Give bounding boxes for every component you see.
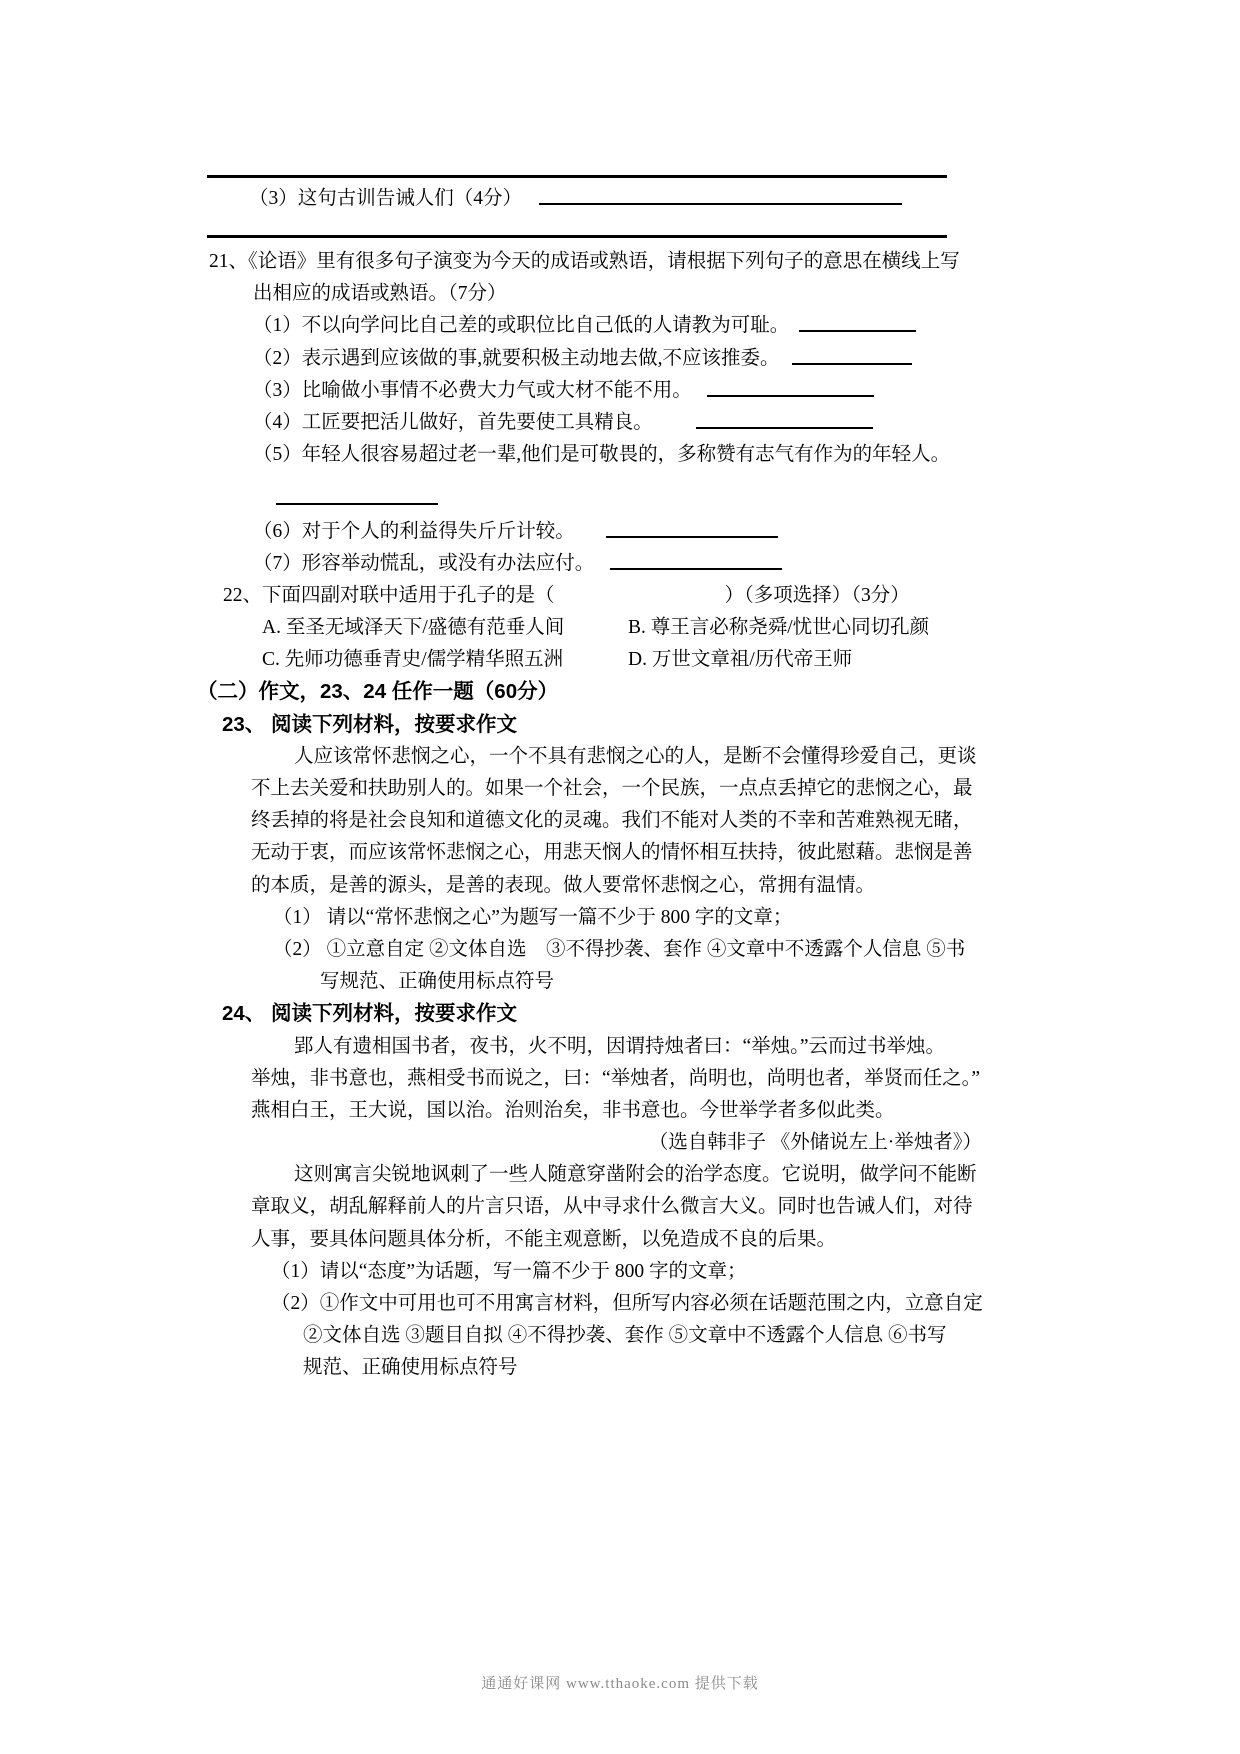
- answer-blank-line: [792, 348, 912, 365]
- answer-blank-line: [276, 488, 438, 505]
- material-text: 举烛，非书意也，燕相受书而说之，曰：“举烛者，尚明也，尚明也者，举贤而任之。”: [251, 1068, 980, 1089]
- requirement-text: 写规范、正确使用标点符号: [320, 971, 554, 992]
- question-22-options-row-1: A. 至圣无域泽天下/盛德有范垂人间B. 尊王言必称尧舜/忧世心同切孔颜: [207, 612, 982, 644]
- answer-gap: [555, 600, 725, 601]
- answer-blank-line: [606, 521, 778, 538]
- question-24-material-line-1: 郢人有遗相国书者，夜书，火不明，因谓持烛者曰：“举烛。”云而过书举烛。: [207, 1031, 982, 1063]
- item-6-text: （6）对于个人的利益得失斤斤计较。: [253, 521, 575, 542]
- question-20-part3-row: （3）这句古训告诫人们（4分）: [207, 178, 982, 222]
- question-24-heading: 24、 阅读下列材料，按要求作文: [207, 998, 982, 1030]
- analysis-text: 这则寓言尖锐地讽刺了一些人随意穿凿附会的治学态度。它说明，做学问不能断: [294, 1164, 977, 1185]
- question-24-material-line-3: 燕相白王，王大说，国以治。治则治矣，非书意也。今世举学者多似此类。: [207, 1095, 982, 1127]
- requirement-text: ②文体自选 ③题目自拟 ④不得抄袭、套作 ⑤文章中不透露个人信息 ⑥书写: [303, 1325, 947, 1346]
- material-text: 郢人有遗相国书者，夜书，火不明，因谓持烛者曰：“举烛。”云而过书举烛。: [294, 1036, 945, 1057]
- question-21-item-5: （5）年轻人很容易超过老一辈,他们是可敬畏的，多称赞有志气有作为的年轻人。: [207, 439, 982, 471]
- question-21-item-6: （6）对于个人的利益得失斤斤计较。: [207, 516, 982, 548]
- question-23-requirement-2: （2） ①立意自定 ②文体自选 ③不得抄袭、套作 ④文章中不透露个人信息 ⑤书: [207, 934, 982, 966]
- question-22-stem-tail: ）（多项选择）（3分）: [725, 585, 910, 606]
- source-text: （选自韩非子 《外储说左上·举烛者》）: [649, 1132, 982, 1153]
- question-24-requirement-2-cont1: ②文体自选 ③题目自拟 ④不得抄袭、套作 ⑤文章中不透露个人信息 ⑥书写: [207, 1320, 982, 1352]
- analysis-text: 章取义，胡乱解释前人的片言只语，从中寻求什么微言大义。同时也告诫人们，对待: [251, 1196, 973, 1217]
- question-23-heading-text: 23、 阅读下列材料，按要求作文: [222, 713, 517, 736]
- question-22-stem-prefix: 22、下面四副对联中适用于孔子的是（: [223, 585, 555, 606]
- question-20-part3-text: （3）这句古训告诫人们（4分）: [249, 188, 522, 209]
- question-21-stem-line2: 出相应的成语或熟语。（7分）: [207, 278, 982, 310]
- material-text: 无动于衷，而应该常怀悲悯之心，用悲天悯人的情怀相互扶持，彼此慰藉。悲悯是善: [251, 842, 973, 863]
- item-2-text: （2）表示遇到应该做的事,就要积极主动地去做,不应该推委。: [253, 348, 780, 369]
- question-21-stem-text2: 出相应的成语或熟语。（7分）: [253, 283, 507, 304]
- question-21-item-5-answer-row: [207, 483, 982, 515]
- question-24-analysis-line-1: 这则寓言尖锐地讽刺了一些人随意穿凿附会的治学态度。它说明，做学问不能断: [207, 1159, 982, 1191]
- option-a: A. 至圣无域泽天下/盛德有范垂人间: [262, 612, 628, 644]
- question-24-heading-text: 24、 阅读下列材料，按要求作文: [222, 1002, 517, 1025]
- question-24-material-line-2: 举烛，非书意也，燕相受书而说之，曰：“举烛者，尚明也，尚明也者，举贤而任之。”: [207, 1063, 982, 1095]
- exam-content: （3）这句古训告诫人们（4分） 21、《论语》里有很多句子演变为今天的成语或熟语…: [207, 170, 982, 1385]
- footer-text: 通通好课网 www.tthaoke.com 提供下载: [481, 1676, 759, 1692]
- requirement-text: （1）请以“态度”为话题，写一篇不少于 800 字的文章；: [271, 1261, 747, 1282]
- answer-blank-line: [539, 188, 902, 205]
- material-text: 终丢掉的将是社会良知和道德文化的灵魂。我们不能对人类的不幸和苦难熟视无睹，: [251, 810, 973, 831]
- material-text: 燕相白王，王大说，国以治。治则治矣，非书意也。今世举学者多似此类。: [251, 1100, 895, 1121]
- question-23-material-line-4: 无动于衷，而应该常怀悲悯之心，用悲天悯人的情怀相互扶持，彼此慰藉。悲悯是善: [207, 837, 982, 869]
- question-24-source-attribution: （选自韩非子 《外储说左上·举烛者》）: [207, 1127, 982, 1159]
- question-21-item-4: （4）工匠要把活儿做好，首先要使工具精良。: [207, 407, 982, 439]
- site-watermark-footer: 通通好课网 www.tthaoke.com 提供下载: [0, 1672, 1240, 1693]
- question-21-item-7: （7）形容举动慌乱，或没有办法应付。: [207, 548, 982, 580]
- question-24-analysis-line-3: 人事，要具体问题具体分析，不能主观意断，以免造成不良的后果。: [207, 1224, 982, 1256]
- answer-blank-line: [707, 380, 874, 397]
- question-23-material-line-5: 的本质，是善的源头，是善的表现。做人要常怀悲悯之心，常拥有温情。: [207, 870, 982, 902]
- question-22-options-row-2: C. 先师功德垂青史/儒学精华照五洲D. 万世文章祖/历代帝王师: [207, 644, 982, 676]
- question-24-requirement-2: （2）①作文中可用也可不用寓言材料，但所写内容必须在话题范围之内，立意自定: [207, 1288, 982, 1320]
- option-c: C. 先师功德垂青史/儒学精华照五洲: [262, 644, 628, 676]
- question-23-material-line-2: 不上去关爱和扶助别人的。如果一个社会，一个民族，一点点丢掉它的悲悯之心，最: [207, 773, 982, 805]
- requirement-text: （2） ①立意自定 ②文体自选 ③不得抄袭、套作 ④文章中不透露个人信息 ⑤书: [273, 939, 965, 960]
- section-2-heading: （二）作文，23、24 任作一题（60分）: [197, 676, 982, 708]
- question-23-material-line-1: 人应该常怀悲悯之心，一个不具有悲悯之心的人，是断不会懂得珍爱自己，更谈: [207, 741, 982, 773]
- option-b: B. 尊王言必称尧舜/忧世心同切孔颜: [628, 617, 929, 638]
- section-2-heading-text: （二）作文，23、24 任作一题（60分）: [197, 680, 558, 703]
- question-24-requirement-2-cont2: 规范、正确使用标点符号: [207, 1352, 982, 1384]
- analysis-text: 人事，要具体问题具体分析，不能主观意断，以免造成不良的后果。: [251, 1229, 836, 1250]
- requirement-text: （2）①作文中可用也可不用寓言材料，但所写内容必须在话题范围之内，立意自定: [271, 1293, 983, 1314]
- item-5-text: （5）年轻人很容易超过老一辈,他们是可敬畏的，多称赞有志气有作为的年轻人。: [253, 444, 950, 465]
- question-23-requirement-2-cont: 写规范、正确使用标点符号: [207, 966, 982, 998]
- material-text: 人应该常怀悲悯之心，一个不具有悲悯之心的人，是断不会懂得珍爱自己，更谈: [294, 746, 977, 767]
- question-21-item-2: （2）表示遇到应该做的事,就要积极主动地去做,不应该推委。: [207, 343, 982, 375]
- question-23-requirement-1: （1） 请以“常怀悲悯之心”为题写一篇不少于 800 字的文章；: [207, 902, 982, 934]
- item-1-text: （1）不以向学问比自己差的或职位比自己低的人请教为可耻。: [253, 315, 789, 336]
- item-7-text: （7）形容举动慌乱，或没有办法应付。: [253, 553, 594, 574]
- option-d: D. 万世文章祖/历代帝王师: [628, 649, 852, 670]
- answer-blank-line: [799, 315, 916, 332]
- answer-blank-line: [610, 553, 782, 570]
- item-4-text: （4）工匠要把活儿做好，首先要使工具精良。: [253, 412, 653, 433]
- question-24-requirement-1: （1）请以“态度”为话题，写一篇不少于 800 字的文章；: [207, 1256, 982, 1288]
- answer-blank-line: [696, 412, 873, 429]
- question-21-item-3: （3）比喻做小事情不必费大力气或大材不能不用。: [207, 375, 982, 407]
- item-3-text: （3）比喻做小事情不必费大力气或大材不能不用。: [253, 380, 692, 401]
- question-21-stem-line1: 21、《论语》里有很多句子演变为今天的成语或熟语，请根据下列句子的意思在横线上写: [207, 246, 982, 278]
- question-23-material-line-3: 终丢掉的将是社会良知和道德文化的灵魂。我们不能对人类的不幸和苦难熟视无睹，: [207, 805, 982, 837]
- material-text: 不上去关爱和扶助别人的。如果一个社会，一个民族，一点点丢掉它的悲悯之心，最: [251, 778, 973, 799]
- question-23-heading: 23、 阅读下列材料，按要求作文: [207, 709, 982, 741]
- requirement-text: （1） 请以“常怀悲悯之心”为题写一篇不少于 800 字的文章；: [273, 907, 792, 928]
- question-22-stem: 22、下面四副对联中适用于孔子的是（）（多项选择）（3分）: [207, 580, 982, 612]
- question-21-stem-text1: 21、《论语》里有很多句子演变为今天的成语或熟语，请根据下列句子的意思在横线上写: [209, 251, 960, 272]
- requirement-text: 规范、正确使用标点符号: [303, 1357, 518, 1378]
- exam-paper-page: （3）这句古训告诫人们（4分） 21、《论语》里有很多句子演变为今天的成语或熟语…: [0, 0, 1240, 1754]
- question-21-item-1: （1）不以向学问比自己差的或职位比自己低的人请教为可耻。: [207, 310, 982, 342]
- section-divider-line: [207, 235, 947, 238]
- material-text: 的本质，是善的源头，是善的表现。做人要常怀悲悯之心，常拥有温情。: [251, 875, 875, 896]
- question-24-analysis-line-2: 章取义，胡乱解释前人的片言只语，从中寻求什么微言大义。同时也告诫人们，对待: [207, 1191, 982, 1223]
